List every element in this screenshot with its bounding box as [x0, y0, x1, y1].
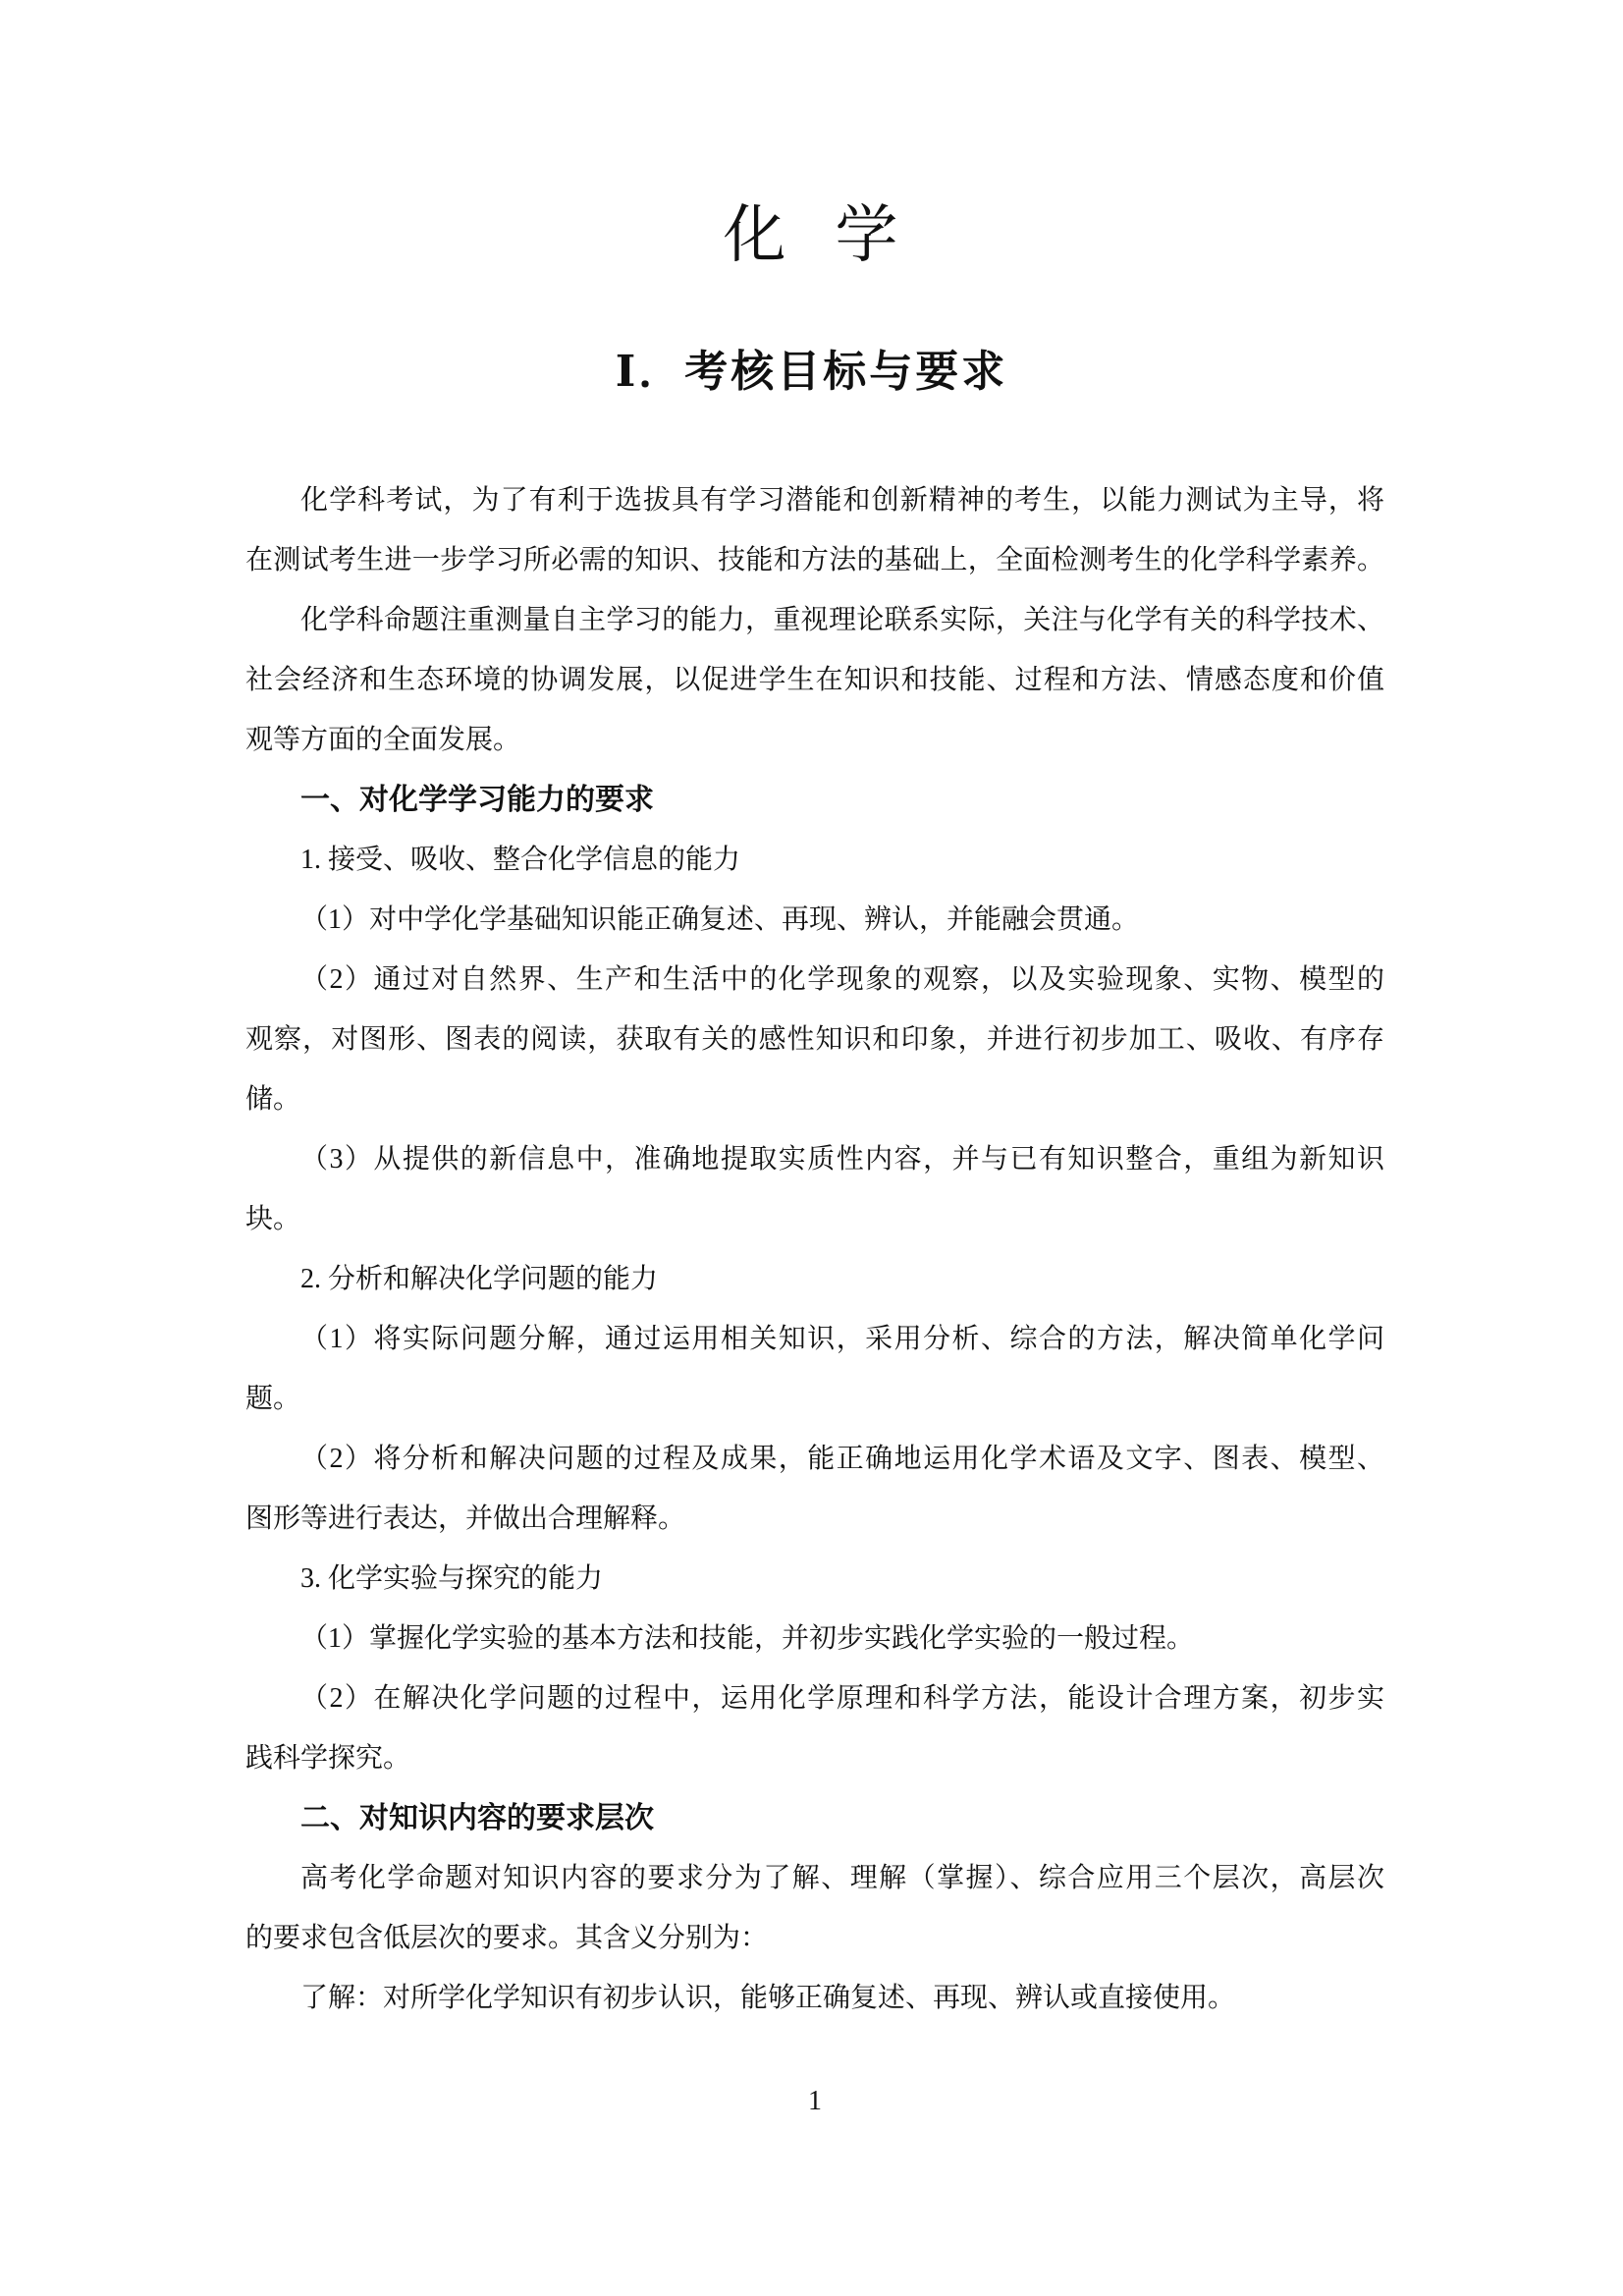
list-item: 3. 化学实验与探究的能力 — [245, 1549, 1384, 1609]
list-item: （1）掌握化学实验的基本方法和技能，并初步实践化学实验的一般过程。 — [245, 1609, 1384, 1668]
section-heading-2: 二、对知识内容的要求层次 — [245, 1788, 1384, 1848]
body-line: 题。 — [245, 1369, 1384, 1429]
body-line: （2）将分析和解决问题的过程及成果，能正确地运用化学术语及文字、图表、模型、 — [245, 1429, 1384, 1489]
body-line: （2）通过对自然界、生产和生活中的化学现象的观察，以及实验现象、实物、模型的 — [245, 950, 1384, 1010]
body-line: 观察，对图形、图表的阅读，获取有关的感性知识和印象，并进行初步加工、吸收、有序存 — [245, 1010, 1384, 1069]
body-line: 了解：对所学化学知识有初步认识，能够正确复述、再现、辨认或直接使用。 — [245, 1968, 1384, 2028]
body-line: 储。 — [245, 1069, 1384, 1129]
body-line: （1）将实际问题分解，通过运用相关知识，采用分析、综合的方法，解决简单化学问 — [245, 1309, 1384, 1369]
body-line: （2）在解决化学问题的过程中，运用化学原理和科学方法，能设计合理方案，初步实 — [245, 1668, 1384, 1728]
body-line: 图形等进行表达，并做出合理解释。 — [245, 1489, 1384, 1549]
list-item: （1）对中学化学基础知识能正确复述、再现、辨认，并能融会贯通。 — [245, 890, 1384, 950]
document-body: 化学科考试，为了有利于选拔具有学习潜能和创新精神的考生，以能力测试为主导，将 在… — [245, 470, 1384, 2028]
document-page: 化 学 Ⅰ．考核目标与要求 化学科考试，为了有利于选拔具有学习潜能和创新精神的考… — [0, 0, 1623, 2296]
list-item: 1. 接受、吸收、整合化学信息的能力 — [245, 830, 1384, 890]
body-line: 化学科命题注重测量自主学习的能力，重视理论联系实际，关注与化学有关的科学技术、 — [245, 590, 1384, 650]
body-line: 的要求包含低层次的要求。其含义分别为： — [245, 1908, 1384, 1968]
page-number: 1 — [245, 2074, 1384, 2129]
body-line: 观等方面的全面发展。 — [245, 710, 1384, 770]
body-line: 社会经济和生态环境的协调发展，以促进学生在知识和技能、过程和方法、情感态度和价值 — [245, 650, 1384, 710]
list-item: 2. 分析和解决化学问题的能力 — [245, 1249, 1384, 1309]
body-line: （3）从提供的新信息中，准确地提取实质性内容，并与已有知识整合，重组为新知识 — [245, 1129, 1384, 1189]
body-line: 高考化学命题对知识内容的要求分为了解、理解（掌握）、综合应用三个层次，高层次 — [245, 1848, 1384, 1908]
section-heading-1: 一、对化学学习能力的要求 — [245, 770, 1384, 830]
body-line: 在测试考生进一步学习所必需的知识、技能和方法的基础上，全面检测考生的化学科学素养… — [245, 530, 1384, 590]
body-line: 化学科考试，为了有利于选拔具有学习潜能和创新精神的考生，以能力测试为主导，将 — [245, 470, 1384, 530]
document-title: 化 学 — [0, 196, 1623, 275]
body-line: 块。 — [245, 1189, 1384, 1249]
body-line: 践科学探究。 — [245, 1728, 1384, 1788]
part-heading: Ⅰ．考核目标与要求 — [0, 340, 1623, 405]
